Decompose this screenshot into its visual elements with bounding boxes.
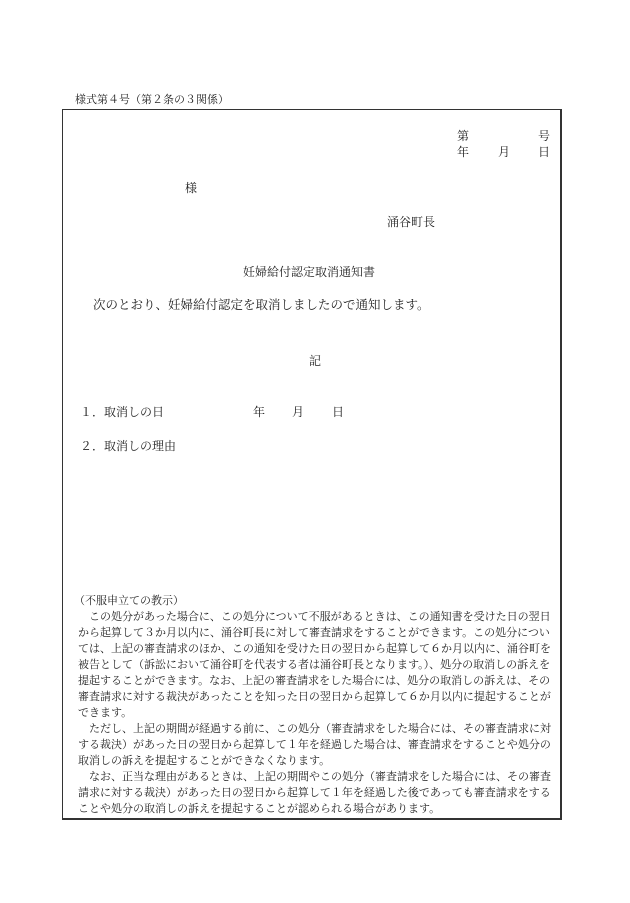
- issuer: 涌谷町長: [387, 215, 435, 229]
- document-title: 妊婦給付認定取消通知書: [243, 265, 375, 279]
- ki-label: 記: [309, 354, 321, 368]
- item-1-label: １．取消しの日: [80, 405, 164, 419]
- appeal-notice: （不服申立ての教示） この処分があった場合に、この処分について不服があるときは、…: [78, 593, 556, 817]
- notice-paragraph-3: なお、正当な理由があるときは、上記の期間やこの処分（審査請求をした場合には、その…: [78, 769, 556, 817]
- addressee-suffix: 様: [185, 181, 197, 195]
- item-2-label: ２．取消しの理由: [80, 439, 176, 453]
- intro-text: 次のとおり、妊婦給付認定を取消しましたので通知します。: [93, 297, 430, 312]
- item-1-month: 月: [292, 405, 304, 419]
- form-number-label: 様式第４号（第２条の３関係）: [75, 93, 229, 107]
- notice-paragraph-1: この処分があった場合に、この処分について不服があるときは、この通知書を受けた日の…: [78, 609, 556, 721]
- notice-paragraph-2: ただし、上記の期間が経過する前に、この処分（審査請求をした場合には、その審査請求…: [78, 721, 556, 769]
- number-prefix: 第: [457, 129, 469, 143]
- number-suffix: 号: [538, 129, 550, 143]
- date-month: 月: [498, 145, 510, 159]
- item-1-year: 年: [253, 405, 265, 419]
- item-1-day: 日: [332, 405, 344, 419]
- date-year: 年: [457, 145, 469, 159]
- date-day: 日: [538, 145, 550, 159]
- notice-heading: （不服申立ての教示）: [74, 593, 556, 609]
